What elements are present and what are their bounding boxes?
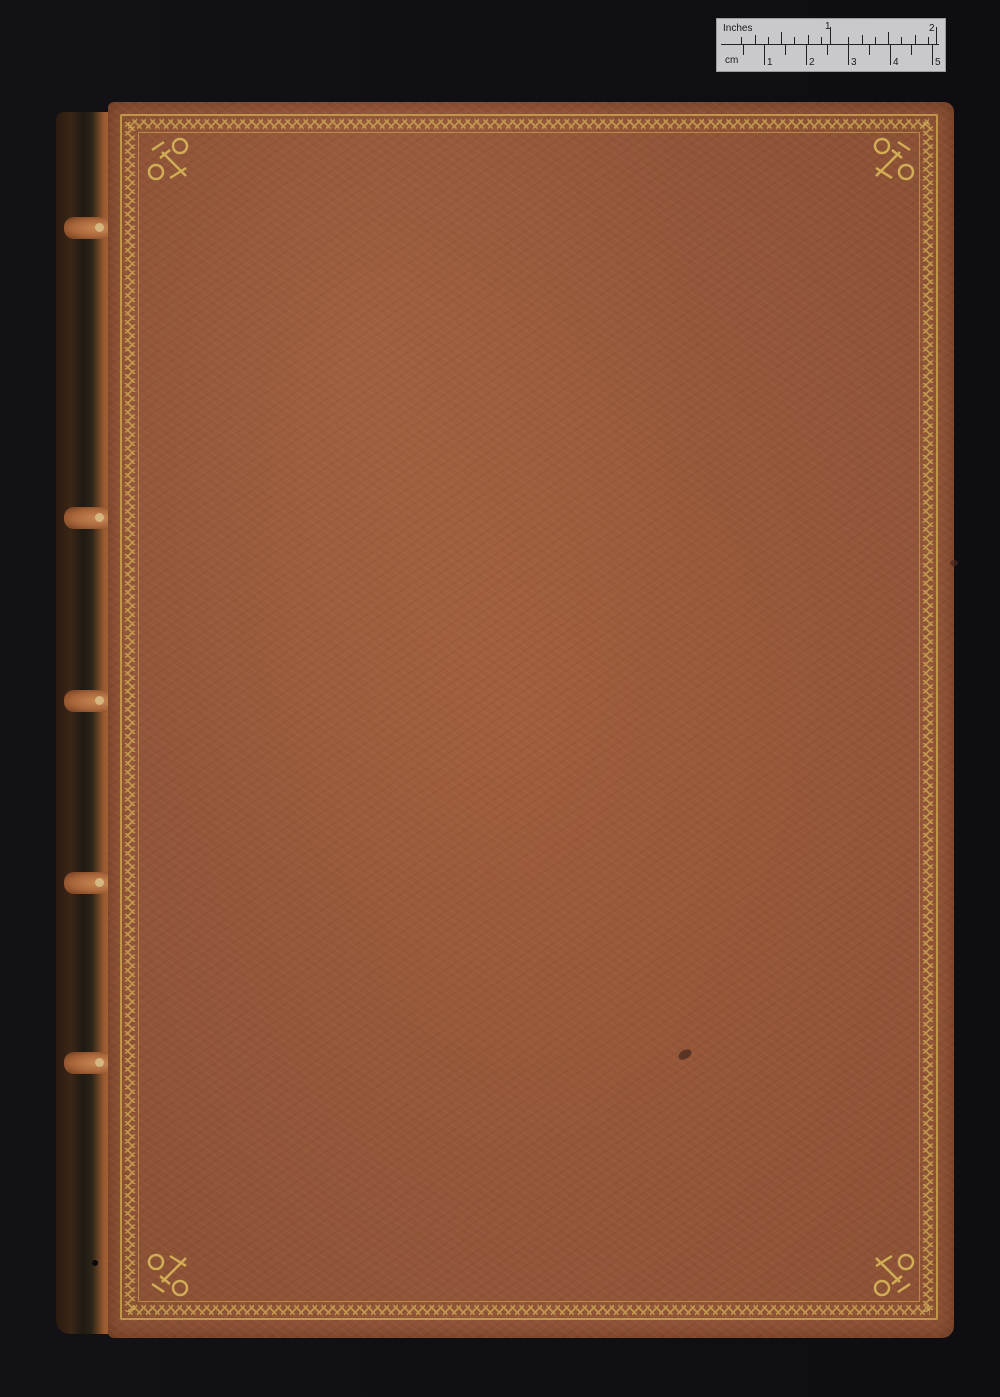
ruler-tick xyxy=(915,35,916,44)
ruler-tick xyxy=(764,45,765,65)
leather-blemish xyxy=(950,560,958,566)
gilt-dot-icon xyxy=(95,223,104,232)
gilt-zigzag-border-left xyxy=(123,122,137,1312)
book-spine xyxy=(56,112,116,1334)
spine-raised-band xyxy=(64,507,114,529)
ruler-tick xyxy=(848,45,849,65)
fleuron-icon-bottom-right xyxy=(864,1246,920,1302)
ruler-tick xyxy=(794,37,795,44)
ruler-tick xyxy=(869,45,870,55)
ruler-tick xyxy=(827,45,828,55)
ruler-tick xyxy=(848,37,849,44)
ruler-tick xyxy=(901,37,902,44)
ruler-tick xyxy=(911,45,912,55)
ruler-inches-label: Inches xyxy=(723,23,752,34)
spine-raised-band xyxy=(64,1052,114,1074)
ruler-tick xyxy=(821,37,822,44)
fleuron-icon-top-right xyxy=(864,132,920,188)
ruler-tick xyxy=(928,37,929,44)
gilt-inner-fillet xyxy=(138,132,920,1302)
scale-ruler: Inches 1 2 cm 1 2 3 4 5 xyxy=(716,18,946,72)
ruler-cm-1: 1 xyxy=(767,57,773,68)
ruler-tick xyxy=(741,37,742,44)
ruler-tick xyxy=(830,27,831,45)
ruler-tick xyxy=(890,45,891,65)
ruler-tick xyxy=(932,45,933,65)
spine-raised-band xyxy=(64,872,114,894)
ruler-tick xyxy=(755,35,756,44)
spine-raised-band xyxy=(64,217,114,239)
ruler-inch-2: 2 xyxy=(929,23,935,34)
ruler-tick xyxy=(875,37,876,44)
ruler-cm-3: 3 xyxy=(851,57,857,68)
gilt-dot-icon xyxy=(95,878,104,887)
book xyxy=(56,102,954,1338)
ruler-tick xyxy=(936,27,937,45)
spine-wormhole xyxy=(92,1260,98,1266)
ruler-tick xyxy=(806,45,807,65)
gilt-zigzag-border-top xyxy=(128,117,930,131)
spine-raised-band xyxy=(64,690,114,712)
gilt-dot-icon xyxy=(95,513,104,522)
gilt-zigzag-border-bottom xyxy=(128,1303,930,1317)
front-cover xyxy=(108,102,954,1338)
ruler-tick xyxy=(781,32,782,44)
gilt-dot-icon xyxy=(95,1058,104,1067)
ruler-tick xyxy=(808,35,809,44)
ruler-cm-5: 5 xyxy=(935,57,941,68)
gilt-dot-icon xyxy=(95,696,104,705)
ruler-cm-2: 2 xyxy=(809,57,815,68)
ruler-cm-4: 4 xyxy=(893,57,899,68)
ruler-tick xyxy=(768,37,769,44)
fleuron-icon-top-left xyxy=(142,132,198,188)
ruler-tick xyxy=(888,32,889,44)
ruler-tick xyxy=(862,35,863,44)
gilt-zigzag-border-right xyxy=(921,122,935,1312)
ruler-tick xyxy=(785,45,786,55)
ruler-tick xyxy=(743,45,744,55)
ruler-cm-label: cm xyxy=(725,55,738,66)
fleuron-icon-bottom-left xyxy=(142,1246,198,1302)
